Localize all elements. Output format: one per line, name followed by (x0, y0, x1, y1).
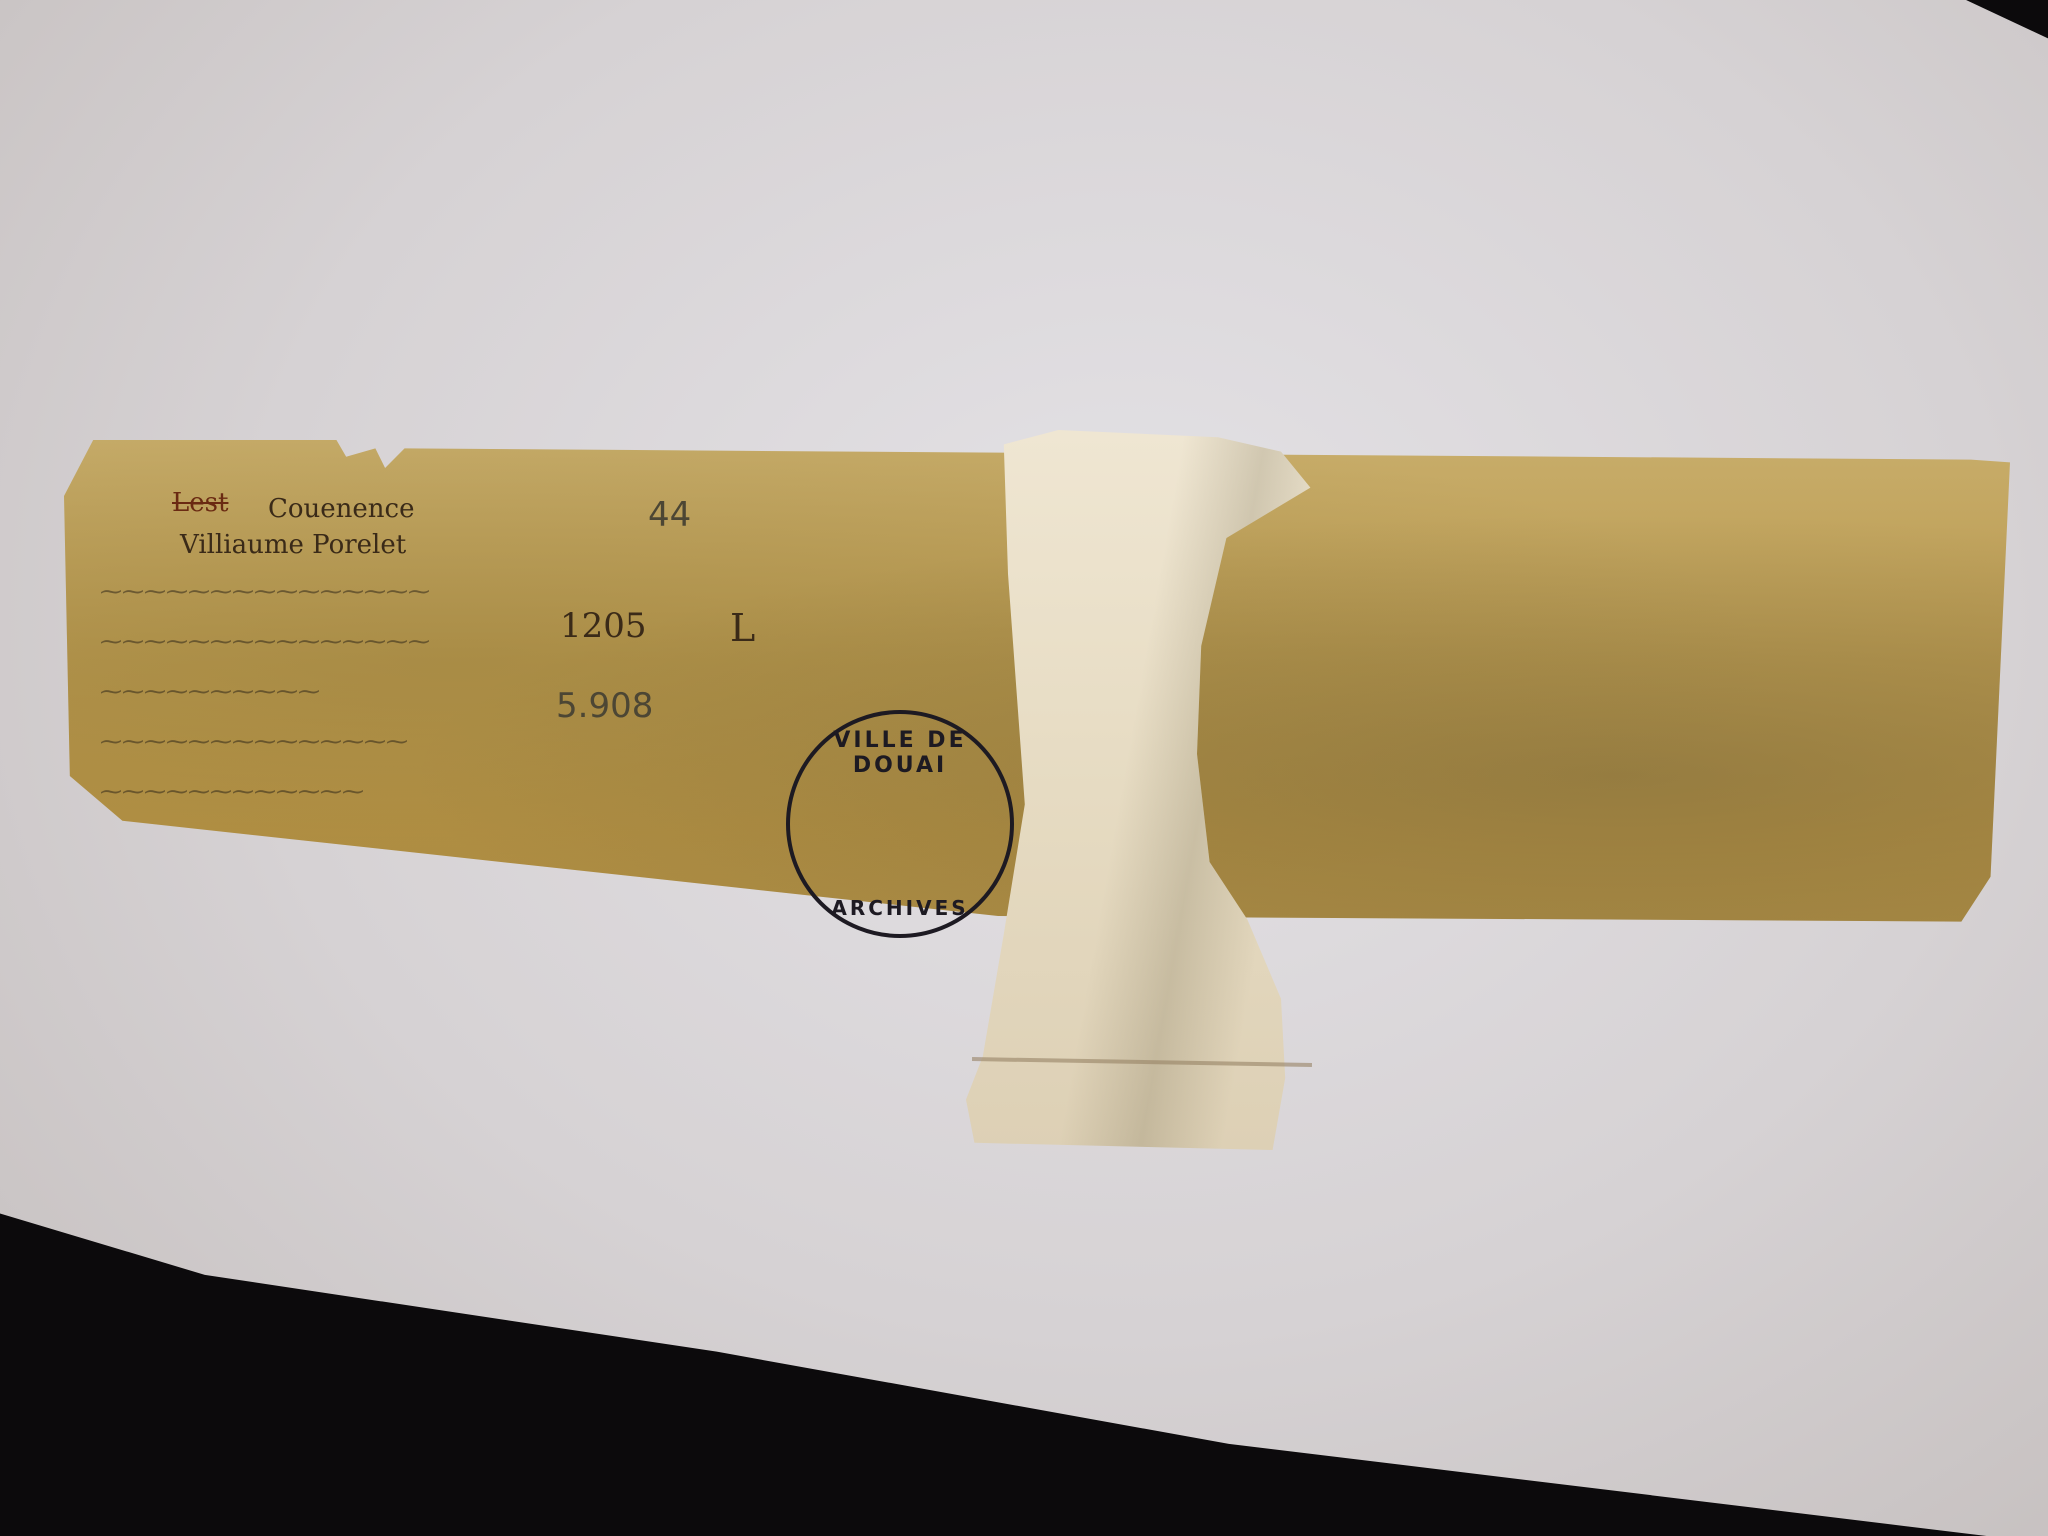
text-line: ⁓⁓⁓⁓⁓⁓⁓⁓⁓⁓⁓⁓⁓⁓ (100, 730, 408, 755)
text-line: ⁓⁓⁓⁓⁓⁓⁓⁓⁓⁓⁓⁓⁓⁓⁓ (100, 630, 430, 655)
text-line: ⁓⁓⁓⁓⁓⁓⁓⁓⁓⁓ (100, 680, 320, 705)
pencil-number: 44 (648, 495, 691, 535)
document-name: Villiaume Porelet (180, 530, 406, 560)
stamp-text-bottom: ARCHIVES (790, 896, 1010, 920)
archive-number: 5.908 (556, 686, 653, 726)
struck-heading: Lest (172, 488, 228, 518)
text-line: ⁓⁓⁓⁓⁓⁓⁓⁓⁓⁓⁓⁓⁓⁓⁓ (100, 580, 430, 605)
text-line: ⁓⁓⁓⁓⁓⁓⁓⁓⁓⁓⁓⁓ (100, 780, 364, 805)
archive-stamp: VILLE DE DOUAI ARCHIVES (786, 710, 1014, 938)
stamp-text-top: VILLE DE DOUAI (790, 728, 1010, 778)
shelf-mark: 1205 (560, 606, 647, 646)
shelf-mark-letter: L (730, 606, 755, 650)
document-title: Couenence (268, 494, 415, 524)
